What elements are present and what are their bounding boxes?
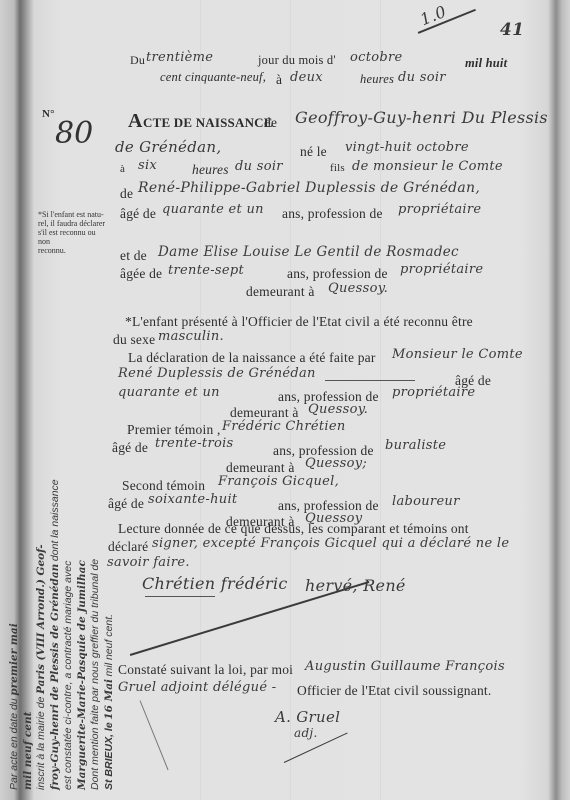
mother-et-de: et de <box>120 248 147 264</box>
margin-line-4: froy-Guy-henri de Plessis de Grénédan do… <box>49 500 63 790</box>
mother-name: Dame Elise Louise Le Gentil de Rosmadec <box>158 244 459 260</box>
residence-label: demeurant à <box>246 284 315 300</box>
sex-value: masculin. <box>158 329 224 344</box>
margin-text: inscrit à la mairie de <box>35 697 47 790</box>
margin-pointer-line <box>140 700 169 770</box>
margin-line-5: est constatée ci-contre, a contracté mar… <box>62 500 76 790</box>
header-hour: deux <box>290 70 323 85</box>
father-name: René-Philippe-Gabriel Duplessis de Gréné… <box>138 180 480 196</box>
marginal-annotation: Par acte en date du premier mai mil neuf… <box>8 500 116 790</box>
witness1-age-label: âgé de <box>112 440 148 456</box>
title-de: de <box>264 115 277 131</box>
witness2-age: soixante-huit <box>148 492 237 507</box>
header-day: trentième <box>146 50 213 65</box>
title-acte-de-naissance: CTE DE NAISSANCE <box>143 115 273 131</box>
father-age-label: âgé de <box>120 206 156 222</box>
declarant-residence: Quessoy. <box>308 402 368 417</box>
margin-text: est constatée ci-contre, a contracté mar… <box>62 561 74 790</box>
margin-hand: mil neuf cent <box>22 712 34 790</box>
margin-text: Par acte en date du <box>8 698 20 790</box>
witness-signatures: Chrétien frédéric <box>142 574 288 593</box>
margin-text: Dont mention faite par nous greffier du … <box>89 559 101 790</box>
header-du: Du <box>130 53 145 68</box>
declarant-intro: La déclaration de la naissance a été fai… <box>128 350 376 366</box>
officer-signature-adj: adj. <box>294 726 318 740</box>
sex-line1: *L'enfant présenté à l'Officier de l'Eta… <box>125 314 473 330</box>
margin-line-7: Dont mention faite par nous greffier du … <box>89 500 103 790</box>
header-mil-huit: mil huit <box>465 56 507 71</box>
signature-flourish <box>145 596 215 597</box>
witness1-age: trente-trois <box>155 436 234 451</box>
father-profession: propriétaire <box>398 202 481 217</box>
title-initial: A <box>128 110 143 133</box>
witness1-profession: buraliste <box>385 438 446 453</box>
header-jour-du-mois: jour du mois d' <box>258 53 336 68</box>
father-age: quarante et un <box>162 202 264 217</box>
mother-profession-label: ans, profession de <box>287 266 388 282</box>
officer-name: Augustin Guillaume François <box>305 659 505 674</box>
closing-line1: Constaté suivant la loi, par moi <box>118 662 293 678</box>
at-label: à <box>120 163 125 175</box>
header-a: à <box>276 72 282 88</box>
header-month: octobre <box>350 50 403 65</box>
father-profession-label: ans, profession de <box>282 206 383 222</box>
margin-text: mil neuf cent. <box>103 614 115 676</box>
margin-line-6: Marguerite-Marie-Pasquie de Jumilhac <box>76 500 90 790</box>
father-de: de <box>120 186 133 202</box>
residence: Quessoy. <box>328 281 388 296</box>
margin-text: St BRIEUX, le <box>103 722 115 790</box>
sidenote-line: reconnu. <box>38 246 108 255</box>
officer-signature: A. Gruel <box>275 708 340 726</box>
margin-line-8: St BRIEUX, le 16 Mai mil neuf cent. <box>103 500 117 790</box>
reading-line2-hand: signer, excepté François Gicquel qui a d… <box>152 536 509 551</box>
birth-date: vingt-huit octobre <box>345 140 469 155</box>
son-label: fils <box>330 162 345 174</box>
margin-line-1: Par acte en date du premier mai <box>8 500 22 790</box>
sex-prefix: du sexe <box>113 332 155 348</box>
birth-hour: six <box>138 158 157 173</box>
witness1-residence: Quessoy; <box>305 456 367 471</box>
header-year-text: cent cinquante-neuf, <box>160 70 266 85</box>
margin-hand: Paris (VIII Arrond.) Geof- <box>35 544 47 694</box>
mother-age: trente-sept <box>168 263 244 278</box>
margin-hand: premier mai <box>8 623 20 695</box>
closing-line2-print: Officier de l'Etat civil soussignant. <box>297 683 491 699</box>
header-heures: heures <box>360 72 394 87</box>
margin-hand: froy-Guy-henri de Plessis de Grénédan <box>49 564 61 790</box>
child-name-line2: de Grénédan, <box>115 138 221 156</box>
mother-profession: propriétaire <box>400 262 483 277</box>
born-label: né le <box>300 144 327 160</box>
closing-line2-hand: Gruel adjoint délégué - <box>118 680 276 695</box>
margin-hand: 16 Mai <box>103 679 115 720</box>
blank-fill-line <box>325 380 415 381</box>
child-name-line1: Geoffroy-Guy-henri Du Plessis <box>295 108 548 127</box>
sidenote-line: rel, il faudra déclarer <box>38 219 108 228</box>
birth-period: du soir <box>235 159 283 174</box>
sidenote-line: s'il est reconnu ou non <box>38 228 108 246</box>
reading-line1: Lecture donnée de ce que dessus, les com… <box>118 521 469 537</box>
witness2-name: François Gicquel, <box>218 474 339 489</box>
father-intro: de monsieur le Comte <box>352 159 503 174</box>
margin-hand: Marguerite-Marie-Pasquie de Jumilhac <box>76 560 88 790</box>
header-period: du soir <box>398 70 446 85</box>
mother-age-label: âgée de <box>120 266 162 282</box>
witness2-profession: laboureur <box>392 494 460 509</box>
record-number: 80 <box>55 116 93 151</box>
record-number-label: N° <box>42 108 55 120</box>
heures-label: heures <box>192 162 229 178</box>
witness1-name: Frédéric Chrétien <box>222 419 346 434</box>
declarant-age: quarante et un <box>118 385 220 400</box>
margin-line-2: mil neuf cent <box>22 500 36 790</box>
sidenote: *Si l'enfant est natu- rel, il faudra dé… <box>38 210 108 255</box>
declarant-name-line1: Monsieur le Comte <box>392 347 523 362</box>
declarant-profession: propriétaire <box>392 385 475 400</box>
page-number: 41 <box>500 20 524 40</box>
margin-line-3: inscrit à la mairie de Paris (VIII Arron… <box>35 500 49 790</box>
declarant-name-line2: René Duplessis de Grénédan <box>118 366 316 381</box>
margin-text: dont la naissance <box>49 479 61 561</box>
sidenote-line: *Si l'enfant est natu- <box>38 210 108 219</box>
scanned-register-page: 1.0 41 Du trentième jour du mois d' octo… <box>0 0 570 800</box>
reading-line3-hand: savoir faire. <box>107 555 190 570</box>
